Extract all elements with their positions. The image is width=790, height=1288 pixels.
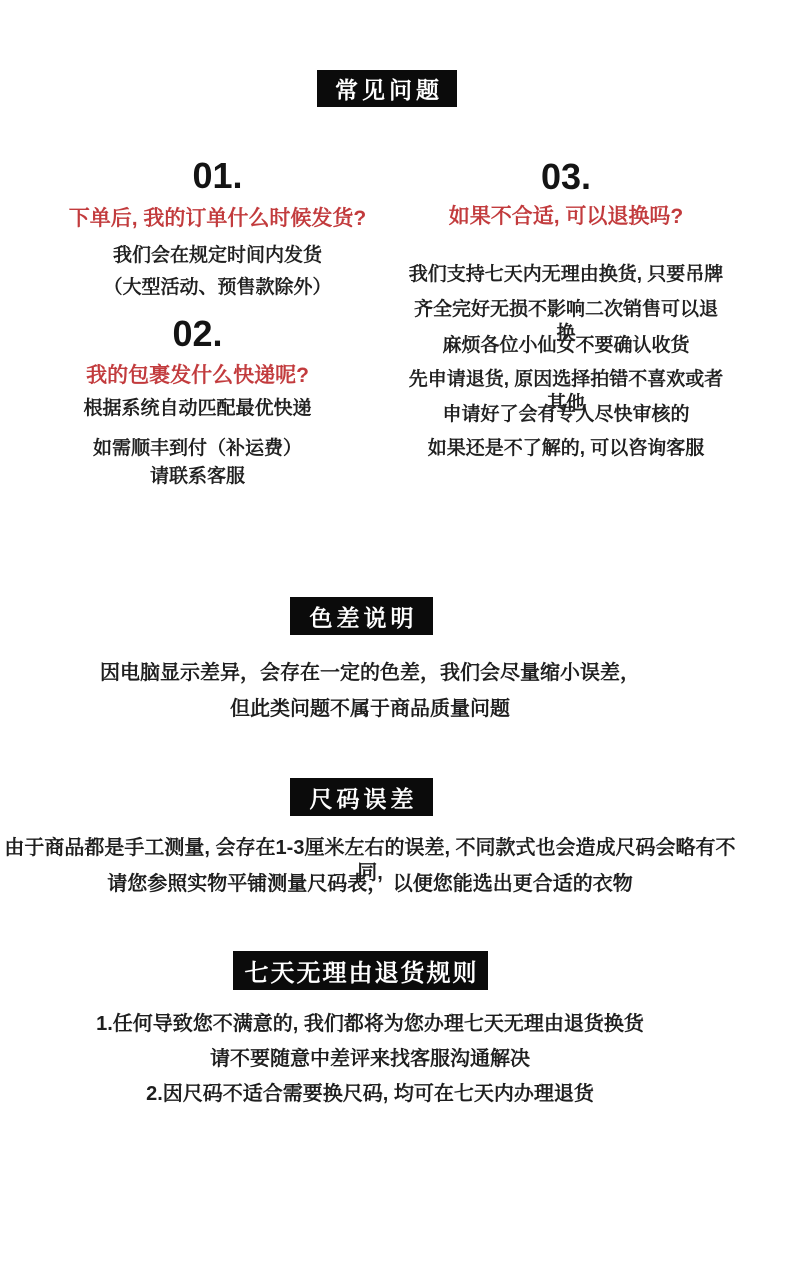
return-policy-line: 1.任何导致您不满意的, 我们都将为您办理七天无理由退货换货	[0, 1012, 740, 1037]
faq-item-2-answer-line: 根据系统自动匹配最优快递	[0, 397, 405, 421]
faq-item-1-number: 01.	[10, 158, 425, 194]
faq-item-2-answer-line: 如需顺丰到付（补运费）	[0, 437, 405, 461]
color-note-line: 但此类问题不属于商品质量问题	[0, 697, 740, 722]
color-note-line: 因电脑显示差异，会存在一定的色差，我们会尽量缩小误差，	[0, 661, 740, 686]
faq-item-3-answer-line: 申请好了会有专人尽快审核的	[405, 403, 727, 427]
faq-item-3-answer-line: 如果还是不了解的, 可以咨询客服	[405, 437, 727, 461]
faq-item-1-answer-line: 我们会在规定时间内发货	[10, 244, 425, 268]
size-note-line: 请您参照实物平铺测量尺码表， 以便您能选出更合适的衣物	[0, 872, 740, 897]
faq-item-3-number: 03.	[405, 159, 727, 195]
faq-item-3-answer-line: 麻烦各位小仙女不要确认收货	[405, 334, 727, 358]
product-faq-page: 常见问题 01. 下单后, 我的订单什么时候发货? 我们会在规定时间内发货 （大…	[0, 0, 790, 1288]
faq-item-1-question: 下单后, 我的订单什么时候发货?	[10, 206, 425, 231]
faq-section-header: 常见问题	[317, 70, 457, 107]
faq-item-1-answer-line: （大型活动、预售款除外）	[10, 276, 425, 300]
faq-item-3-answer-line: 我们支持七天内无理由换货, 只要吊牌	[405, 263, 727, 287]
faq-item-2-question: 我的包裹发什么快递呢?	[0, 363, 405, 388]
color-note-header: 色差说明	[290, 597, 433, 635]
size-note-header: 尺码误差	[290, 778, 433, 816]
return-policy-line: 请不要随意中差评来找客服沟通解决	[0, 1047, 740, 1072]
return-policy-header: 七天无理由退货规则	[233, 951, 488, 990]
faq-item-3-question: 如果不合适, 可以退换吗?	[405, 204, 727, 229]
return-policy-line: 2.因尺码不适合需要换尺码, 均可在七天内办理退货	[0, 1082, 740, 1107]
faq-item-2-number: 02.	[0, 316, 405, 352]
faq-item-2-answer-line: 请联系客服	[0, 465, 405, 489]
